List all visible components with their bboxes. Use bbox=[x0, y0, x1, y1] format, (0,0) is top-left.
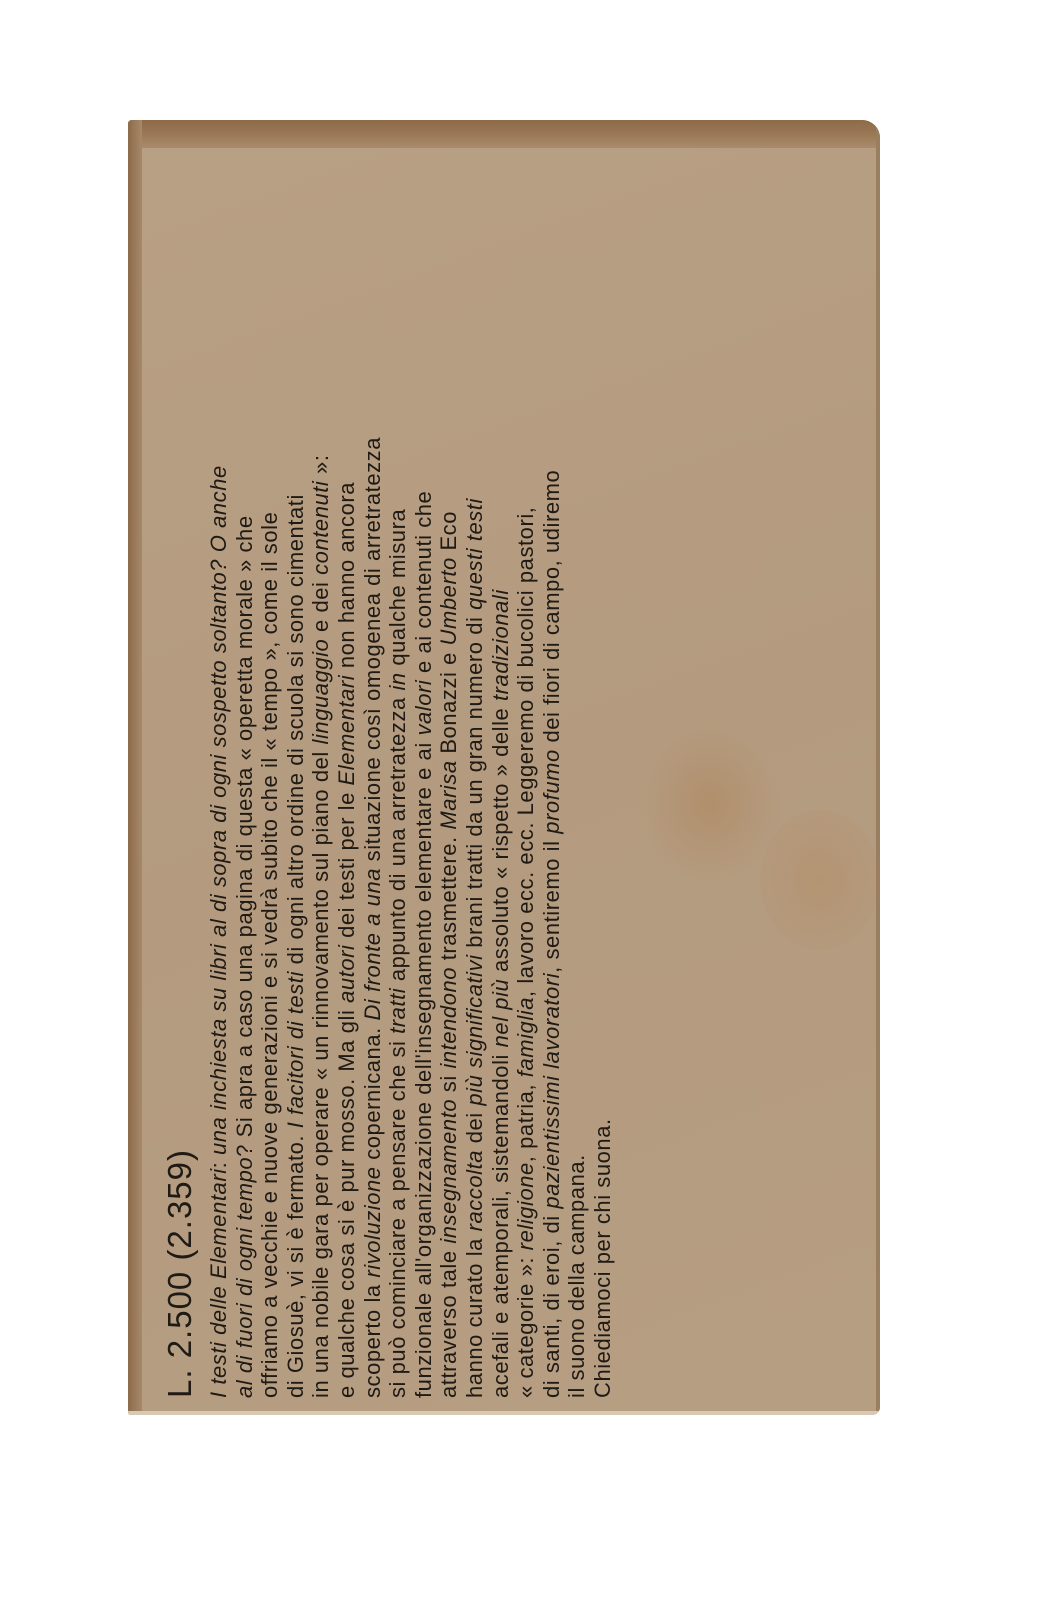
cover-stain bbox=[760, 810, 880, 950]
text-segment: pazientissimi lavoratori bbox=[539, 973, 564, 1209]
cover-text-block: L. 2.500 (2.359) I testi delle Elementar… bbox=[160, 298, 616, 1398]
text-segment: brani tratti da un gran numero di bbox=[462, 610, 487, 955]
text-segment: contenuti bbox=[308, 481, 333, 575]
blurb-line: si può cominciare a pensare che si tratt… bbox=[385, 298, 411, 1398]
book-bottom-edge bbox=[128, 1411, 880, 1415]
text-segment: linguaggio bbox=[308, 639, 333, 745]
text-segment: e ai contenuti che bbox=[411, 491, 436, 680]
text-segment: copernicana. bbox=[360, 1021, 385, 1167]
text-segment: funzionale all'organizzazione dell'inseg… bbox=[411, 736, 436, 1398]
blurb-line: in una nobile gara per operare « un rinn… bbox=[308, 298, 334, 1398]
text-segment: Chiediamoci per chi suona. bbox=[590, 1118, 615, 1398]
blurb-line: offriamo a vecchie e nuove generazioni e… bbox=[257, 298, 283, 1398]
text-segment: rivoluzione bbox=[360, 1166, 385, 1277]
text-segment: scoperto la bbox=[360, 1278, 385, 1398]
price-label: L. 2.500 (2.359) bbox=[160, 298, 204, 1398]
text-segment: , lavoro ecc. ecc. Leggeremo di bucolici… bbox=[513, 507, 538, 997]
text-segment: di Giosuè, vi si è fermato. bbox=[283, 1128, 308, 1398]
text-segment: Marisa bbox=[436, 760, 461, 829]
text-segment: insegnamento bbox=[436, 1099, 461, 1244]
text-segment: in bbox=[385, 672, 410, 690]
text-segment: appunto di una arretratezza bbox=[385, 691, 410, 988]
text-segment: e qualche cosa si è pur mosso. Ma gli bbox=[334, 1003, 359, 1398]
text-segment: famiglia bbox=[513, 997, 538, 1077]
text-segment: non hanno ancora bbox=[334, 482, 359, 675]
blurb-line: acefali e atemporali, sistemandoli nel p… bbox=[488, 298, 514, 1398]
blurb-line: hanno curato la raccolta dei più signifi… bbox=[462, 298, 488, 1398]
text-segment: acefali e atemporali, sistemandoli bbox=[488, 1047, 513, 1398]
text-segment: più significativi bbox=[462, 954, 487, 1105]
text-segment: ? Si apra a caso una pagina di questa « … bbox=[232, 515, 257, 1156]
text-segment: I testi delle bbox=[206, 1279, 231, 1398]
text-segment: »: bbox=[308, 455, 333, 481]
text-segment: al di fuori di ogni tempo bbox=[232, 1157, 257, 1398]
book-left-edge bbox=[128, 120, 142, 1415]
text-segment: Bonazzi e bbox=[436, 645, 461, 760]
text-segment: I facitori di testi bbox=[283, 971, 308, 1128]
blurb-line: I testi delle Elementari: una inchiesta … bbox=[206, 298, 232, 1398]
book-right-edge bbox=[876, 120, 880, 1415]
text-segment: in una nobile gara per operare « un rinn… bbox=[308, 744, 333, 1398]
text-segment: : bbox=[206, 1155, 231, 1168]
text-segment: assoluto « rispetto » delle bbox=[488, 701, 513, 979]
text-segment: religione bbox=[513, 1162, 538, 1250]
text-segment: trasmettere. bbox=[436, 830, 461, 967]
text-segment: Umberto bbox=[436, 557, 461, 645]
blurb-line: scoperto la rivoluzione copernicana. Di … bbox=[360, 298, 386, 1398]
text-segment: offriamo a vecchie e nuove generazioni e… bbox=[257, 512, 282, 1398]
blurb-line: il suono della campana. bbox=[564, 298, 590, 1398]
text-segment: di ogni altro ordine di scuola si sono c… bbox=[283, 494, 308, 971]
text-segment: questi testi bbox=[462, 498, 487, 610]
text-segment: tratti bbox=[385, 988, 410, 1034]
text-segment: il suono della campana. bbox=[564, 1154, 589, 1398]
blurb-line: attraverso tale insegnamento si intendon… bbox=[436, 298, 462, 1398]
text-segment: qualche misura bbox=[385, 509, 410, 673]
text-segment: raccolta bbox=[462, 1150, 487, 1231]
text-segment: attraverso tale bbox=[436, 1244, 461, 1398]
text-segment: « categorie »: bbox=[513, 1250, 538, 1398]
text-segment: tradizionali bbox=[488, 589, 513, 701]
book-spine-edge bbox=[128, 120, 880, 148]
text-segment: valori bbox=[411, 680, 436, 736]
blurb-line: funzionale all'organizzazione dell'inseg… bbox=[411, 298, 437, 1398]
text-segment: di santi, di eroi, di bbox=[539, 1209, 564, 1398]
text-segment: una inchiesta su libri al di sopra di og… bbox=[206, 465, 231, 1155]
text-segment: autori bbox=[334, 945, 359, 1003]
text-segment: nel più bbox=[488, 979, 513, 1048]
blurb-line: e qualche cosa si è pur mosso. Ma gli au… bbox=[334, 298, 360, 1398]
text-segment: Eco bbox=[436, 511, 461, 557]
text-segment: Elementari bbox=[206, 1168, 231, 1279]
blurb-line: di santi, di eroi, di pazientissimi lavo… bbox=[539, 298, 565, 1398]
text-segment: si può cominciare a pensare che si bbox=[385, 1034, 410, 1398]
text-segment: , patria, bbox=[513, 1077, 538, 1162]
text-segment: profumo bbox=[539, 749, 564, 834]
text-segment: dei fiori di campo, udiremo bbox=[539, 470, 564, 750]
text-segment: situazione così omogenea di arretratezza bbox=[360, 437, 385, 868]
blurb-line: Chiediamoci per chi suona. bbox=[590, 298, 616, 1398]
text-segment: hanno curato la bbox=[462, 1231, 487, 1398]
blurb-text: I testi delle Elementari: una inchiesta … bbox=[206, 298, 616, 1398]
blurb-line: di Giosuè, vi si è fermato. I facitori d… bbox=[283, 298, 309, 1398]
text-segment: e dei bbox=[308, 575, 333, 639]
text-segment: dei bbox=[462, 1106, 487, 1150]
blurb-line: al di fuori di ogni tempo? Si apra a cas… bbox=[232, 298, 258, 1398]
text-segment: Elementari bbox=[334, 675, 359, 786]
text-segment: Di fronte a una bbox=[360, 868, 385, 1021]
text-segment: si bbox=[436, 1069, 461, 1099]
text-segment: intendono bbox=[436, 967, 461, 1069]
text-segment: , sentiremo il bbox=[539, 834, 564, 973]
text-segment: dei testi per le bbox=[334, 785, 359, 944]
blurb-line: « categorie »: religione, patria, famigl… bbox=[513, 298, 539, 1398]
